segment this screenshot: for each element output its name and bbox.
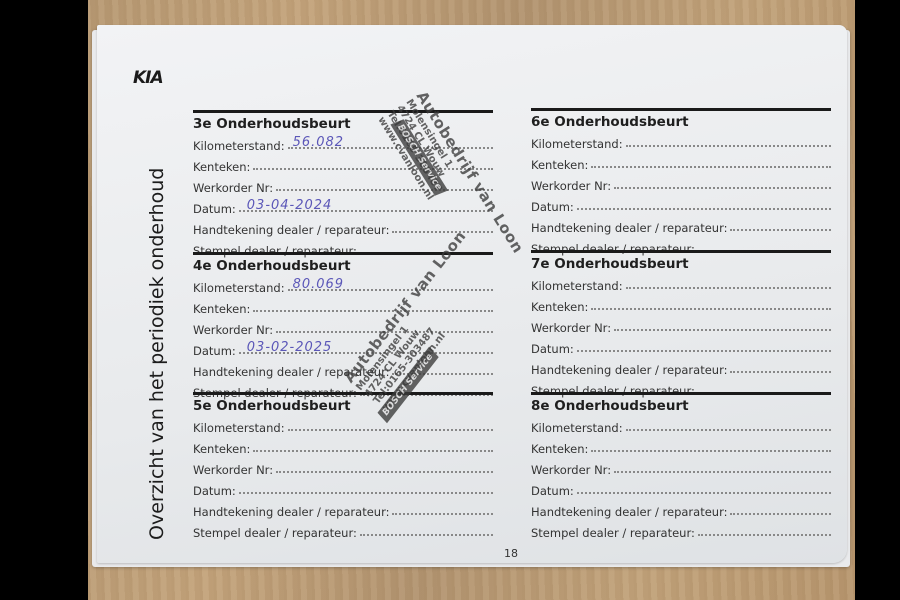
field-label: Kilometerstand:	[531, 137, 623, 151]
field-line[interactable]	[577, 491, 831, 494]
field-handtekening[interactable]: Handtekening dealer / reparateur:	[531, 214, 831, 235]
field-label: Kenteken:	[531, 158, 588, 172]
field-kenteken[interactable]: Kenteken:	[193, 435, 493, 456]
field-datum[interactable]: Datum:	[193, 477, 493, 498]
field-label: Kilometerstand:	[193, 139, 285, 153]
field-handtekening[interactable]: Handtekening dealer / reparateur:	[531, 356, 831, 377]
field-label: Werkorder Nr:	[531, 179, 611, 193]
field-label: Kilometerstand:	[531, 421, 623, 435]
field-line[interactable]	[591, 449, 831, 452]
maintenance-section: 8e Onderhoudsbeurt Kilometerstand: Kente…	[531, 392, 831, 540]
field-label: Datum:	[193, 344, 236, 358]
field-line[interactable]	[276, 470, 493, 473]
field-label: Kenteken:	[531, 442, 588, 456]
field-kenteken[interactable]: Kenteken:	[531, 435, 831, 456]
field-label: Kenteken:	[193, 160, 250, 174]
field-line[interactable]	[626, 286, 831, 289]
field-line[interactable]	[730, 370, 831, 373]
field-label: Handtekening dealer / reparateur:	[531, 505, 727, 519]
field-label: Kenteken:	[531, 300, 588, 314]
field-label: Handtekening dealer / reparateur:	[193, 505, 389, 519]
section-divider	[531, 250, 831, 253]
field-werkorder[interactable]: Werkorder Nr:	[531, 456, 831, 477]
field-label: Handtekening dealer / reparateur:	[193, 223, 389, 237]
field-werkorder[interactable]: Werkorder Nr:	[531, 314, 831, 335]
field-line[interactable]	[591, 165, 831, 168]
section-title: 8e Onderhoudsbeurt	[531, 398, 831, 414]
field-km[interactable]: Kilometerstand:	[531, 414, 831, 435]
field-line[interactable]	[626, 144, 831, 147]
kia-logo-icon: KIA	[133, 68, 163, 88]
field-km[interactable]: Kilometerstand:	[531, 130, 831, 151]
field-label: Stempel dealer / reparateur:	[531, 526, 695, 540]
field-kenteken[interactable]: Kenteken:	[531, 151, 831, 172]
field-label: Handtekening dealer / reparateur:	[531, 363, 727, 377]
field-line[interactable]	[288, 428, 493, 431]
field-handtekening[interactable]: Handtekening dealer / reparateur:	[531, 498, 831, 519]
section-title: 6e Onderhoudsbeurt	[531, 114, 831, 130]
field-label: Datum:	[531, 200, 574, 214]
maintenance-section: 7e Onderhoudsbeurt Kilometerstand: Kente…	[531, 250, 831, 398]
field-werkorder[interactable]: Werkorder Nr:	[193, 456, 493, 477]
field-label: Datum:	[531, 484, 574, 498]
field-datum[interactable]: Datum:	[531, 335, 831, 356]
handwritten-value: 03-02-2025	[247, 340, 333, 355]
field-label: Datum:	[193, 202, 236, 216]
field-line[interactable]	[360, 533, 493, 536]
section-title: 7e Onderhoudsbeurt	[531, 256, 831, 272]
field-line[interactable]	[614, 186, 831, 189]
maintenance-section: 5e Onderhoudsbeurt Kilometerstand: Kente…	[193, 392, 493, 540]
field-label: Kenteken:	[193, 302, 250, 316]
field-stempel[interactable]: Stempel dealer / reparateur:	[531, 519, 831, 540]
field-line[interactable]	[239, 491, 493, 494]
field-label: Werkorder Nr:	[193, 181, 273, 195]
field-werkorder[interactable]: Werkorder Nr:	[531, 172, 831, 193]
field-label: Kilometerstand:	[531, 279, 623, 293]
field-km[interactable]: Kilometerstand:	[531, 272, 831, 293]
field-line[interactable]	[392, 512, 493, 515]
field-line[interactable]	[591, 307, 831, 310]
section-divider	[193, 110, 493, 113]
field-stempel[interactable]: Stempel dealer / reparateur:	[193, 519, 493, 540]
field-label: Kenteken:	[193, 442, 250, 456]
field-line[interactable]	[253, 449, 493, 452]
field-label: Kilometerstand:	[193, 421, 285, 435]
field-label: Kilometerstand:	[193, 281, 285, 295]
field-label: Werkorder Nr:	[193, 323, 273, 337]
page-number: 18	[504, 547, 518, 560]
field-km[interactable]: Kilometerstand:	[193, 414, 493, 435]
field-line[interactable]	[698, 533, 831, 536]
side-title: Overzicht van het periodiek onderhoud	[146, 180, 168, 540]
field-handtekening[interactable]: Handtekening dealer / reparateur:	[193, 498, 493, 519]
field-datum[interactable]: Datum:	[531, 477, 831, 498]
field-line[interactable]	[577, 207, 831, 210]
field-label: Handtekening dealer / reparateur:	[531, 221, 727, 235]
field-label: Datum:	[193, 484, 236, 498]
field-kenteken[interactable]: Kenteken:	[531, 293, 831, 314]
field-line[interactable]	[577, 349, 831, 352]
section-divider	[531, 108, 831, 111]
field-line[interactable]	[614, 328, 831, 331]
field-datum[interactable]: Datum: 03-02-2025	[193, 337, 493, 358]
field-label: Werkorder Nr:	[531, 321, 611, 335]
section-title: 5e Onderhoudsbeurt	[193, 398, 493, 414]
field-label: Werkorder Nr:	[531, 463, 611, 477]
field-label: Stempel dealer / reparateur:	[193, 526, 357, 540]
field-line[interactable]	[614, 470, 831, 473]
section-divider	[531, 392, 831, 395]
field-line[interactable]	[730, 228, 831, 231]
field-label: Datum:	[531, 342, 574, 356]
maintenance-section: 6e Onderhoudsbeurt Kilometerstand: Kente…	[531, 108, 831, 256]
field-line[interactable]	[730, 512, 831, 515]
field-label: Werkorder Nr:	[193, 463, 273, 477]
handwritten-value: 56.082	[293, 135, 345, 150]
handwritten-value: 80.069	[293, 277, 345, 292]
field-line[interactable]	[626, 428, 831, 431]
section-divider	[193, 392, 493, 395]
field-datum[interactable]: Datum:	[531, 193, 831, 214]
handwritten-value: 03-04-2024	[247, 198, 333, 213]
